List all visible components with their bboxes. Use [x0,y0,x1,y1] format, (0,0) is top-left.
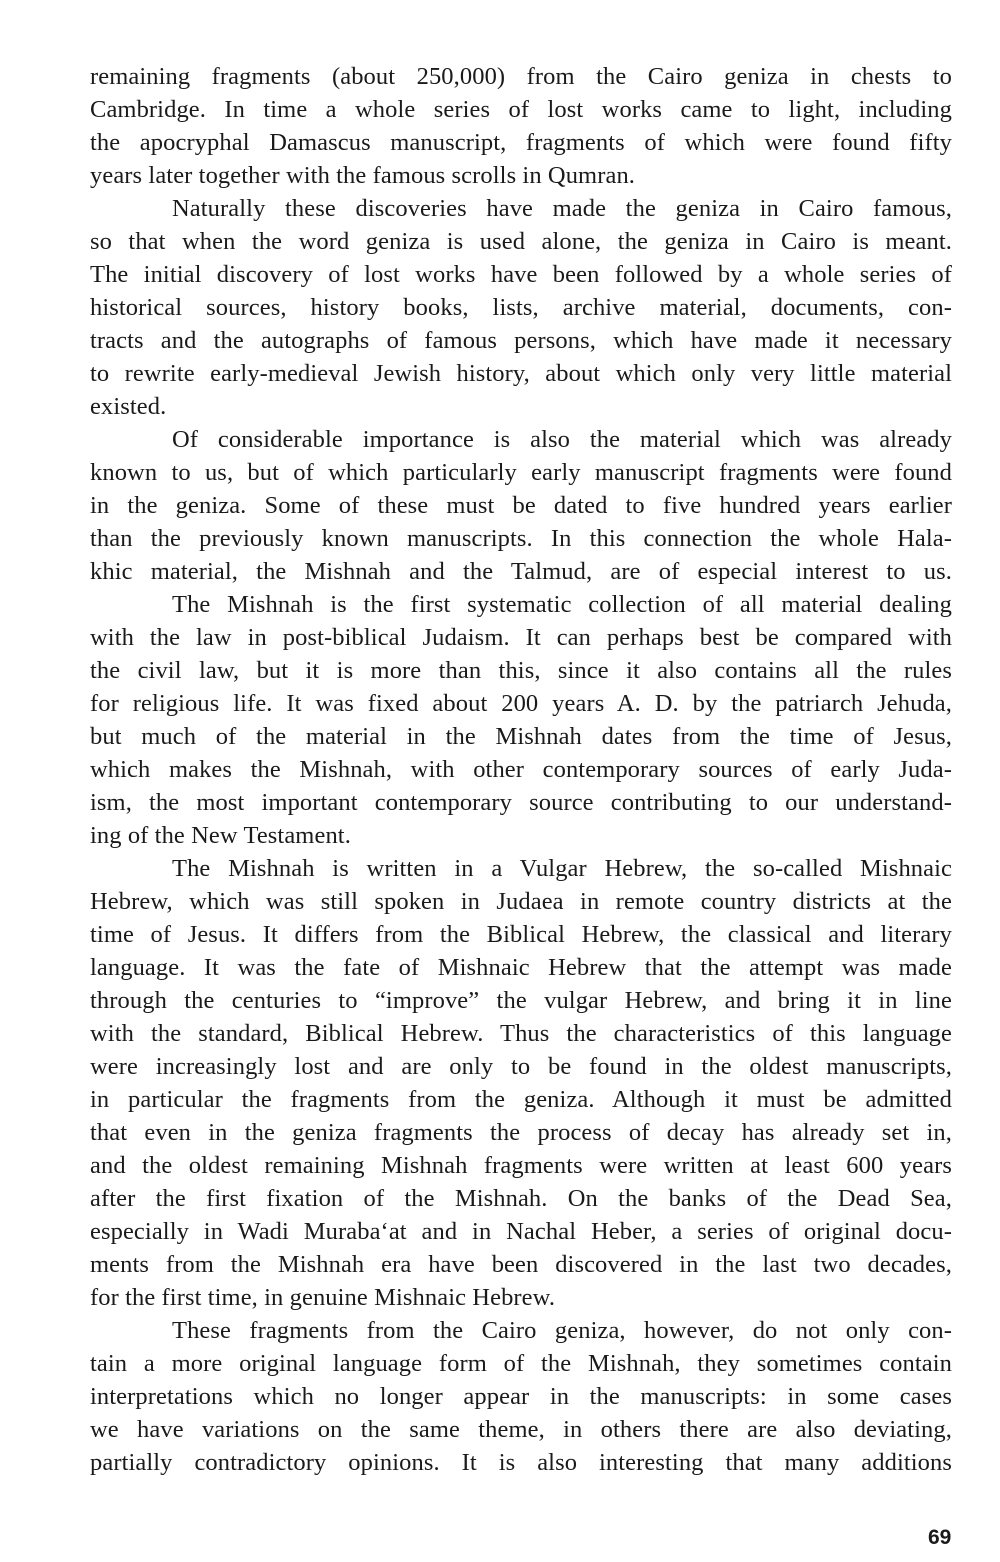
text-line: after the first fixation of the Mishnah.… [90,1182,952,1215]
text-line: with the law in post-biblical Judaism. I… [90,621,952,654]
text-line: the apocryphal Damascus manuscript, frag… [90,126,952,159]
paragraph-2: Naturally these discoveries have made th… [90,192,952,423]
text-line: known to us, but of which particularly e… [90,456,952,489]
paragraph-3: Of considerable importance is also the m… [90,423,952,588]
text-line: ism, the most important contemporary sou… [90,786,952,819]
text-line: tain a more original language form of th… [90,1347,952,1380]
text-line: the civil law, but it is more than this,… [90,654,952,687]
text-line: we have variations on the same theme, in… [90,1413,952,1446]
text-line: remaining fragments (about 250,000) from… [90,60,952,93]
text-line: The Mishnah is the first systematic coll… [90,588,952,621]
text-line: that even in the geniza fragments the pr… [90,1116,952,1149]
text-line: language. It was the fate of Mishnaic He… [90,951,952,984]
text-line: Hebrew, which was still spoken in Judaea… [90,885,952,918]
text-line: for the first time, in genuine Mishnaic … [90,1281,952,1314]
text-line: which makes the Mishnah, with other cont… [90,753,952,786]
text-line: and the oldest remaining Mishnah fragmen… [90,1149,952,1182]
text-line: Naturally these discoveries have made th… [90,192,952,225]
paragraph-1: remaining fragments (about 250,000) from… [90,60,952,192]
text-line: years later together with the famous scr… [90,159,952,192]
book-page-body: remaining fragments (about 250,000) from… [90,60,952,1479]
paragraph-4: The Mishnah is the first systematic coll… [90,588,952,852]
text-line: but much of the material in the Mishnah … [90,720,952,753]
text-line: khic material, the Mishnah and the Talmu… [90,555,952,588]
text-line: The Mishnah is written in a Vulgar Hebre… [90,852,952,885]
text-line: in particular the fragments from the gen… [90,1083,952,1116]
text-line: tracts and the autographs of famous pers… [90,324,952,357]
text-line: with the standard, Biblical Hebrew. Thus… [90,1017,952,1050]
text-line: Cambridge. In time a whole series of los… [90,93,952,126]
text-line: especially in Wadi Muraba‘at and in Nach… [90,1215,952,1248]
text-line: These fragments from the Cairo geniza, h… [90,1314,952,1347]
text-line: were increasingly lost and are only to b… [90,1050,952,1083]
text-line: in the geniza. Some of these must be dat… [90,489,952,522]
paragraph-6: These fragments from the Cairo geniza, h… [90,1314,952,1479]
text-line: ments from the Mishnah era have been dis… [90,1248,952,1281]
text-line: The initial discovery of lost works have… [90,258,952,291]
text-line: time of Jesus. It differs from the Bibli… [90,918,952,951]
paragraph-5: The Mishnah is written in a Vulgar Hebre… [90,852,952,1314]
text-line: partially contradictory opinions. It is … [90,1446,952,1479]
text-line: Of considerable importance is also the m… [90,423,952,456]
text-line: interpretations which no longer appear i… [90,1380,952,1413]
text-line: through the centuries to “improve” the v… [90,984,952,1017]
text-line: historical sources, history books, lists… [90,291,952,324]
text-line: than the previously known manuscripts. I… [90,522,952,555]
text-line: for religious life. It was fixed about 2… [90,687,952,720]
text-line: so that when the word geniza is used alo… [90,225,952,258]
text-line: ing of the New Testament. [90,819,952,852]
page-number: 69 [928,1526,951,1550]
text-line: existed. [90,390,952,423]
text-line: to rewrite early-medieval Jewish history… [90,357,952,390]
